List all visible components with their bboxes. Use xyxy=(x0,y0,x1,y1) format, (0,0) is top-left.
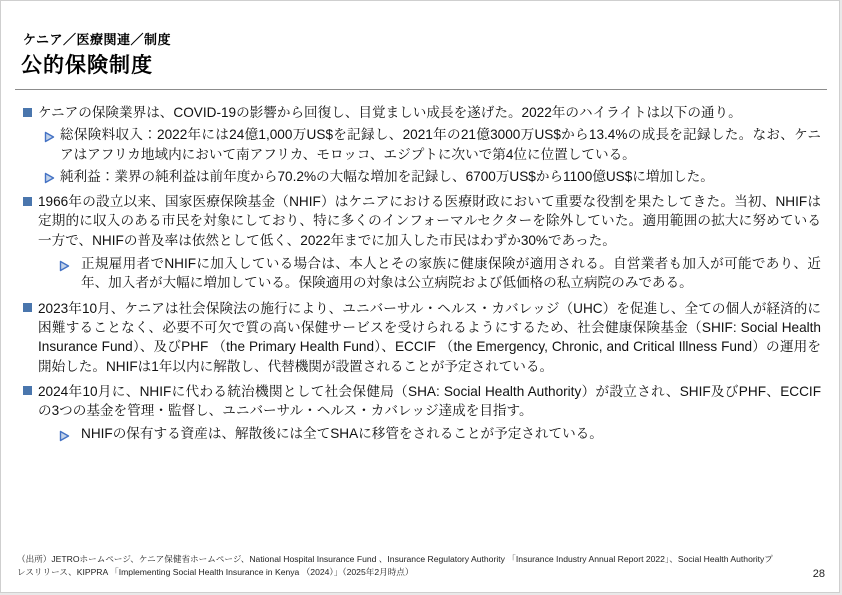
arrowhead-bullet-icon xyxy=(59,258,70,270)
sub-bullet-item: NHIFの保有する資産は、解散後には全てSHAに移管をされることが予定されている… xyxy=(23,424,821,443)
square-bullet-icon xyxy=(23,303,32,312)
slide: ケニア／医療関連／制度 公的保険制度 ケニアの保険業界は、COVID-19の影響… xyxy=(0,0,840,593)
bullet-text: 純利益：業界の純利益は前年度から70.2%の大幅な増加を記録し、6700万US$… xyxy=(60,169,714,184)
title-divider xyxy=(15,89,827,90)
bullet-text: 1966年の設立以来、国家医療保険基金（NHIF）はケニアにおける医療財政におい… xyxy=(38,194,821,248)
square-bullet-icon xyxy=(23,386,32,395)
bullet-item: 2023年10月、ケニアは社会保険法の施行により、ユニバーサル・ヘルス・カバレッ… xyxy=(23,299,821,376)
bullet-text: NHIFの保有する資産は、解散後には全てSHAに移管をされることが予定されている… xyxy=(81,426,603,441)
bullet-text: 2024年10月に、NHIFに代わる統治機関として社会保健局（SHA: Soci… xyxy=(38,384,821,418)
arrowhead-bullet-icon xyxy=(59,428,70,440)
bullet-text: 総保険料収入：2022年には24億1,000万US$を記録し、2021年の21億… xyxy=(60,127,821,161)
bullet-item: 2024年10月に、NHIFに代わる統治機関として社会保健局（SHA: Soci… xyxy=(23,382,821,421)
slide-body: ケニアの保険業界は、COVID-19の影響から回復し、目覚ましい成長を遂げた。2… xyxy=(1,97,840,447)
bullet-text: 2023年10月、ケニアは社会保険法の施行により、ユニバーサル・ヘルス・カバレッ… xyxy=(38,301,821,374)
breadcrumb: ケニア／医療関連／制度 xyxy=(23,29,171,48)
arrowhead-bullet-icon xyxy=(44,129,55,141)
square-bullet-icon xyxy=(23,197,32,206)
bullet-text: ケニアの保険業界は、COVID-19の影響から回復し、目覚ましい成長を遂げた。2… xyxy=(38,105,742,120)
bullet-text: 正規雇用者でNHIFに加入している場合は、本人とその家族に健康保険が適用される。… xyxy=(81,256,821,290)
arrowhead-bullet-icon xyxy=(44,170,55,182)
square-bullet-icon xyxy=(23,108,32,117)
page-number: 28 xyxy=(813,568,825,580)
sub-bullet-item: 総保険料収入：2022年には24億1,000万US$を記録し、2021年の21億… xyxy=(23,125,821,164)
bullet-item: ケニアの保険業界は、COVID-19の影響から回復し、目覚ましい成長を遂げた。2… xyxy=(23,103,821,122)
page-title: 公的保険制度 xyxy=(21,49,153,79)
source-note: （出所）JETROホームページ、ケニア保健省ホームページ、National Ho… xyxy=(17,553,779,578)
sub-bullet-item: 正規雇用者でNHIFに加入している場合は、本人とその家族に健康保険が適用される。… xyxy=(23,254,821,293)
sub-bullet-item: 純利益：業界の純利益は前年度から70.2%の大幅な増加を記録し、6700万US$… xyxy=(23,167,821,186)
bullet-item: 1966年の設立以来、国家医療保険基金（NHIF）はケニアにおける医療財政におい… xyxy=(23,192,821,250)
